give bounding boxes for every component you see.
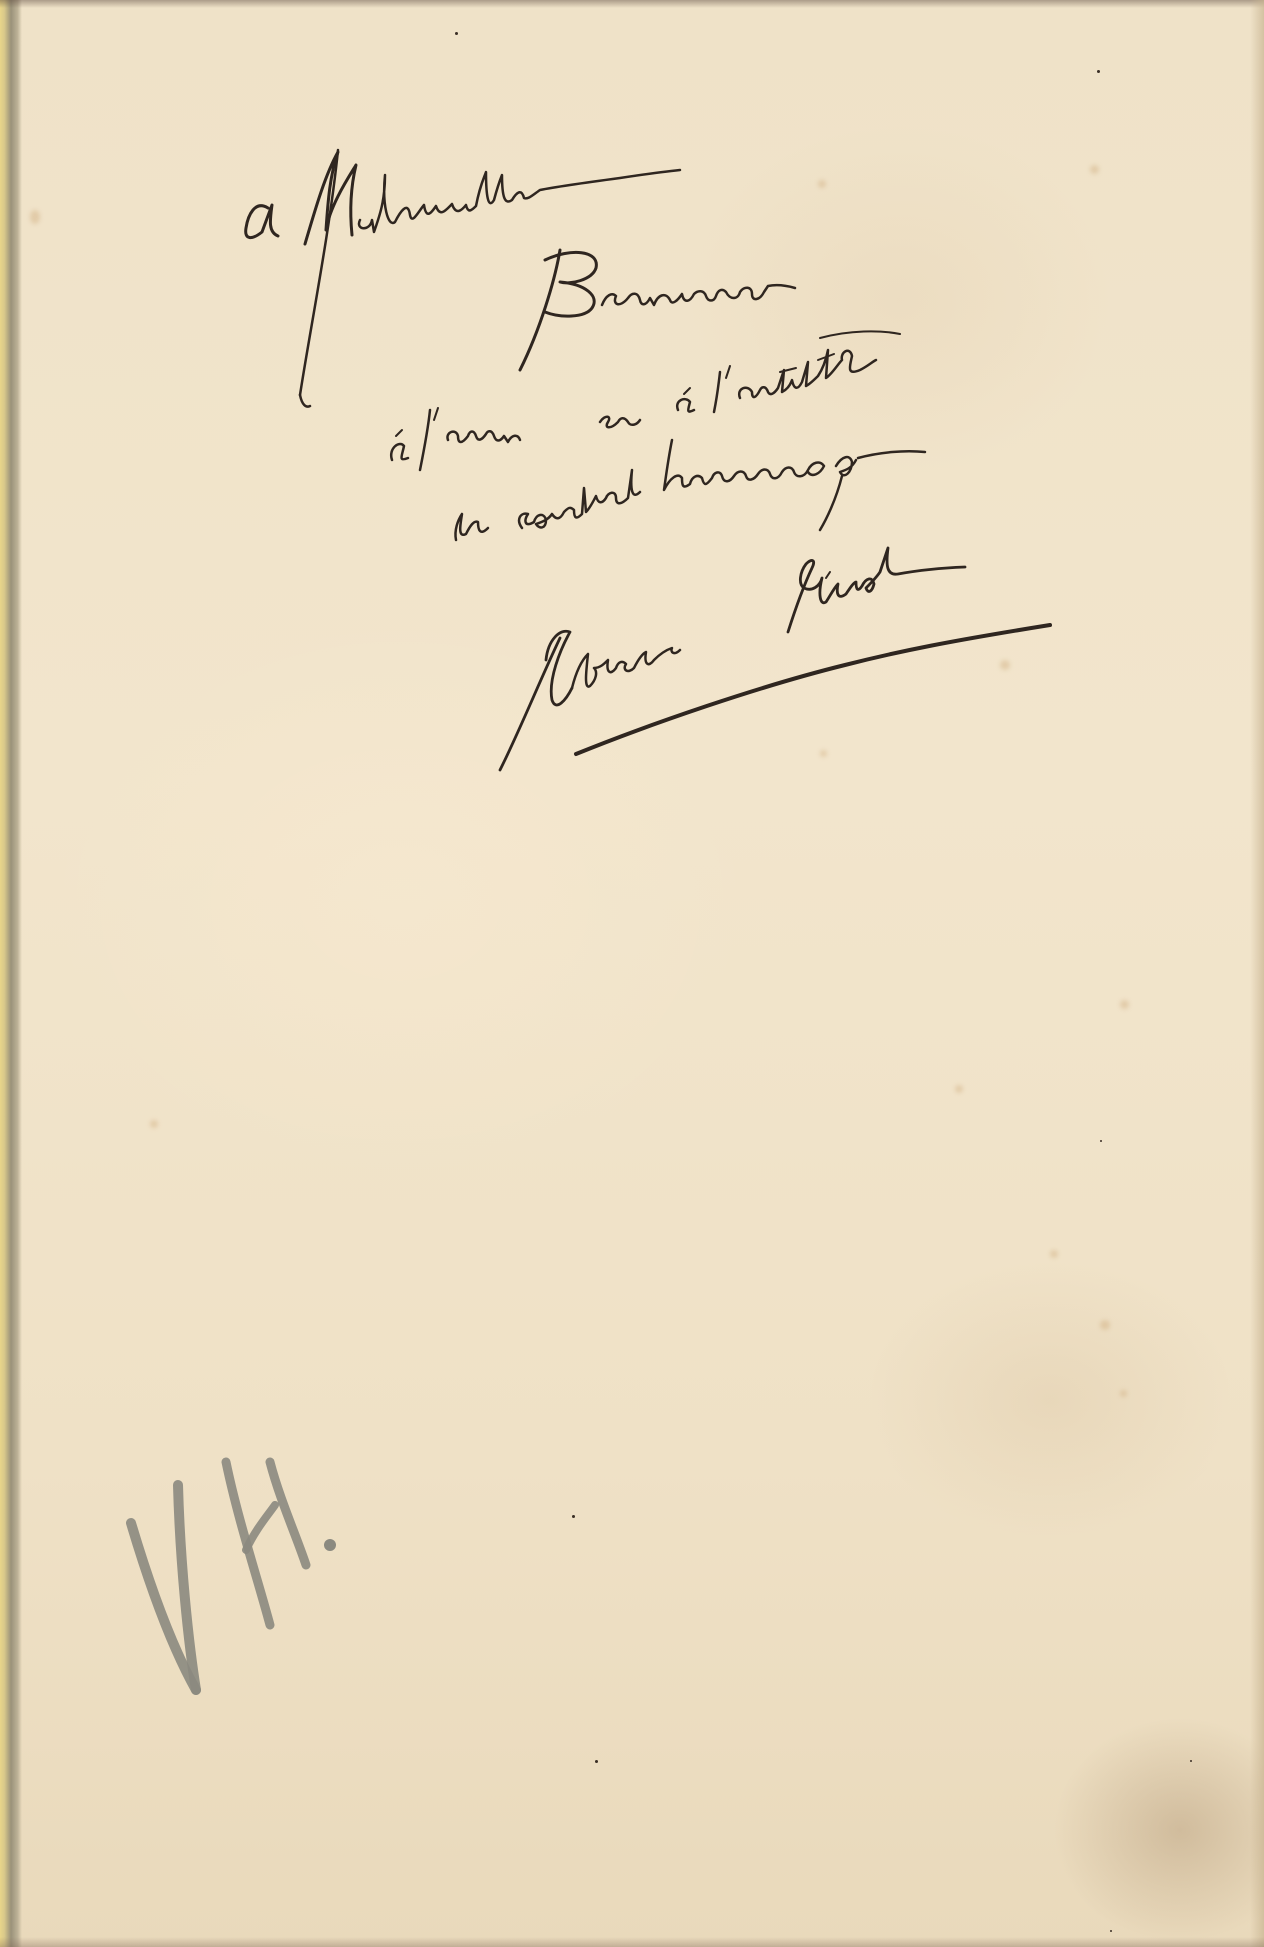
book-page: A Mademoiselle Bramerova à l'amie et à l… [0, 0, 1264, 1947]
pencil-mark-vh [0, 0, 1264, 1947]
